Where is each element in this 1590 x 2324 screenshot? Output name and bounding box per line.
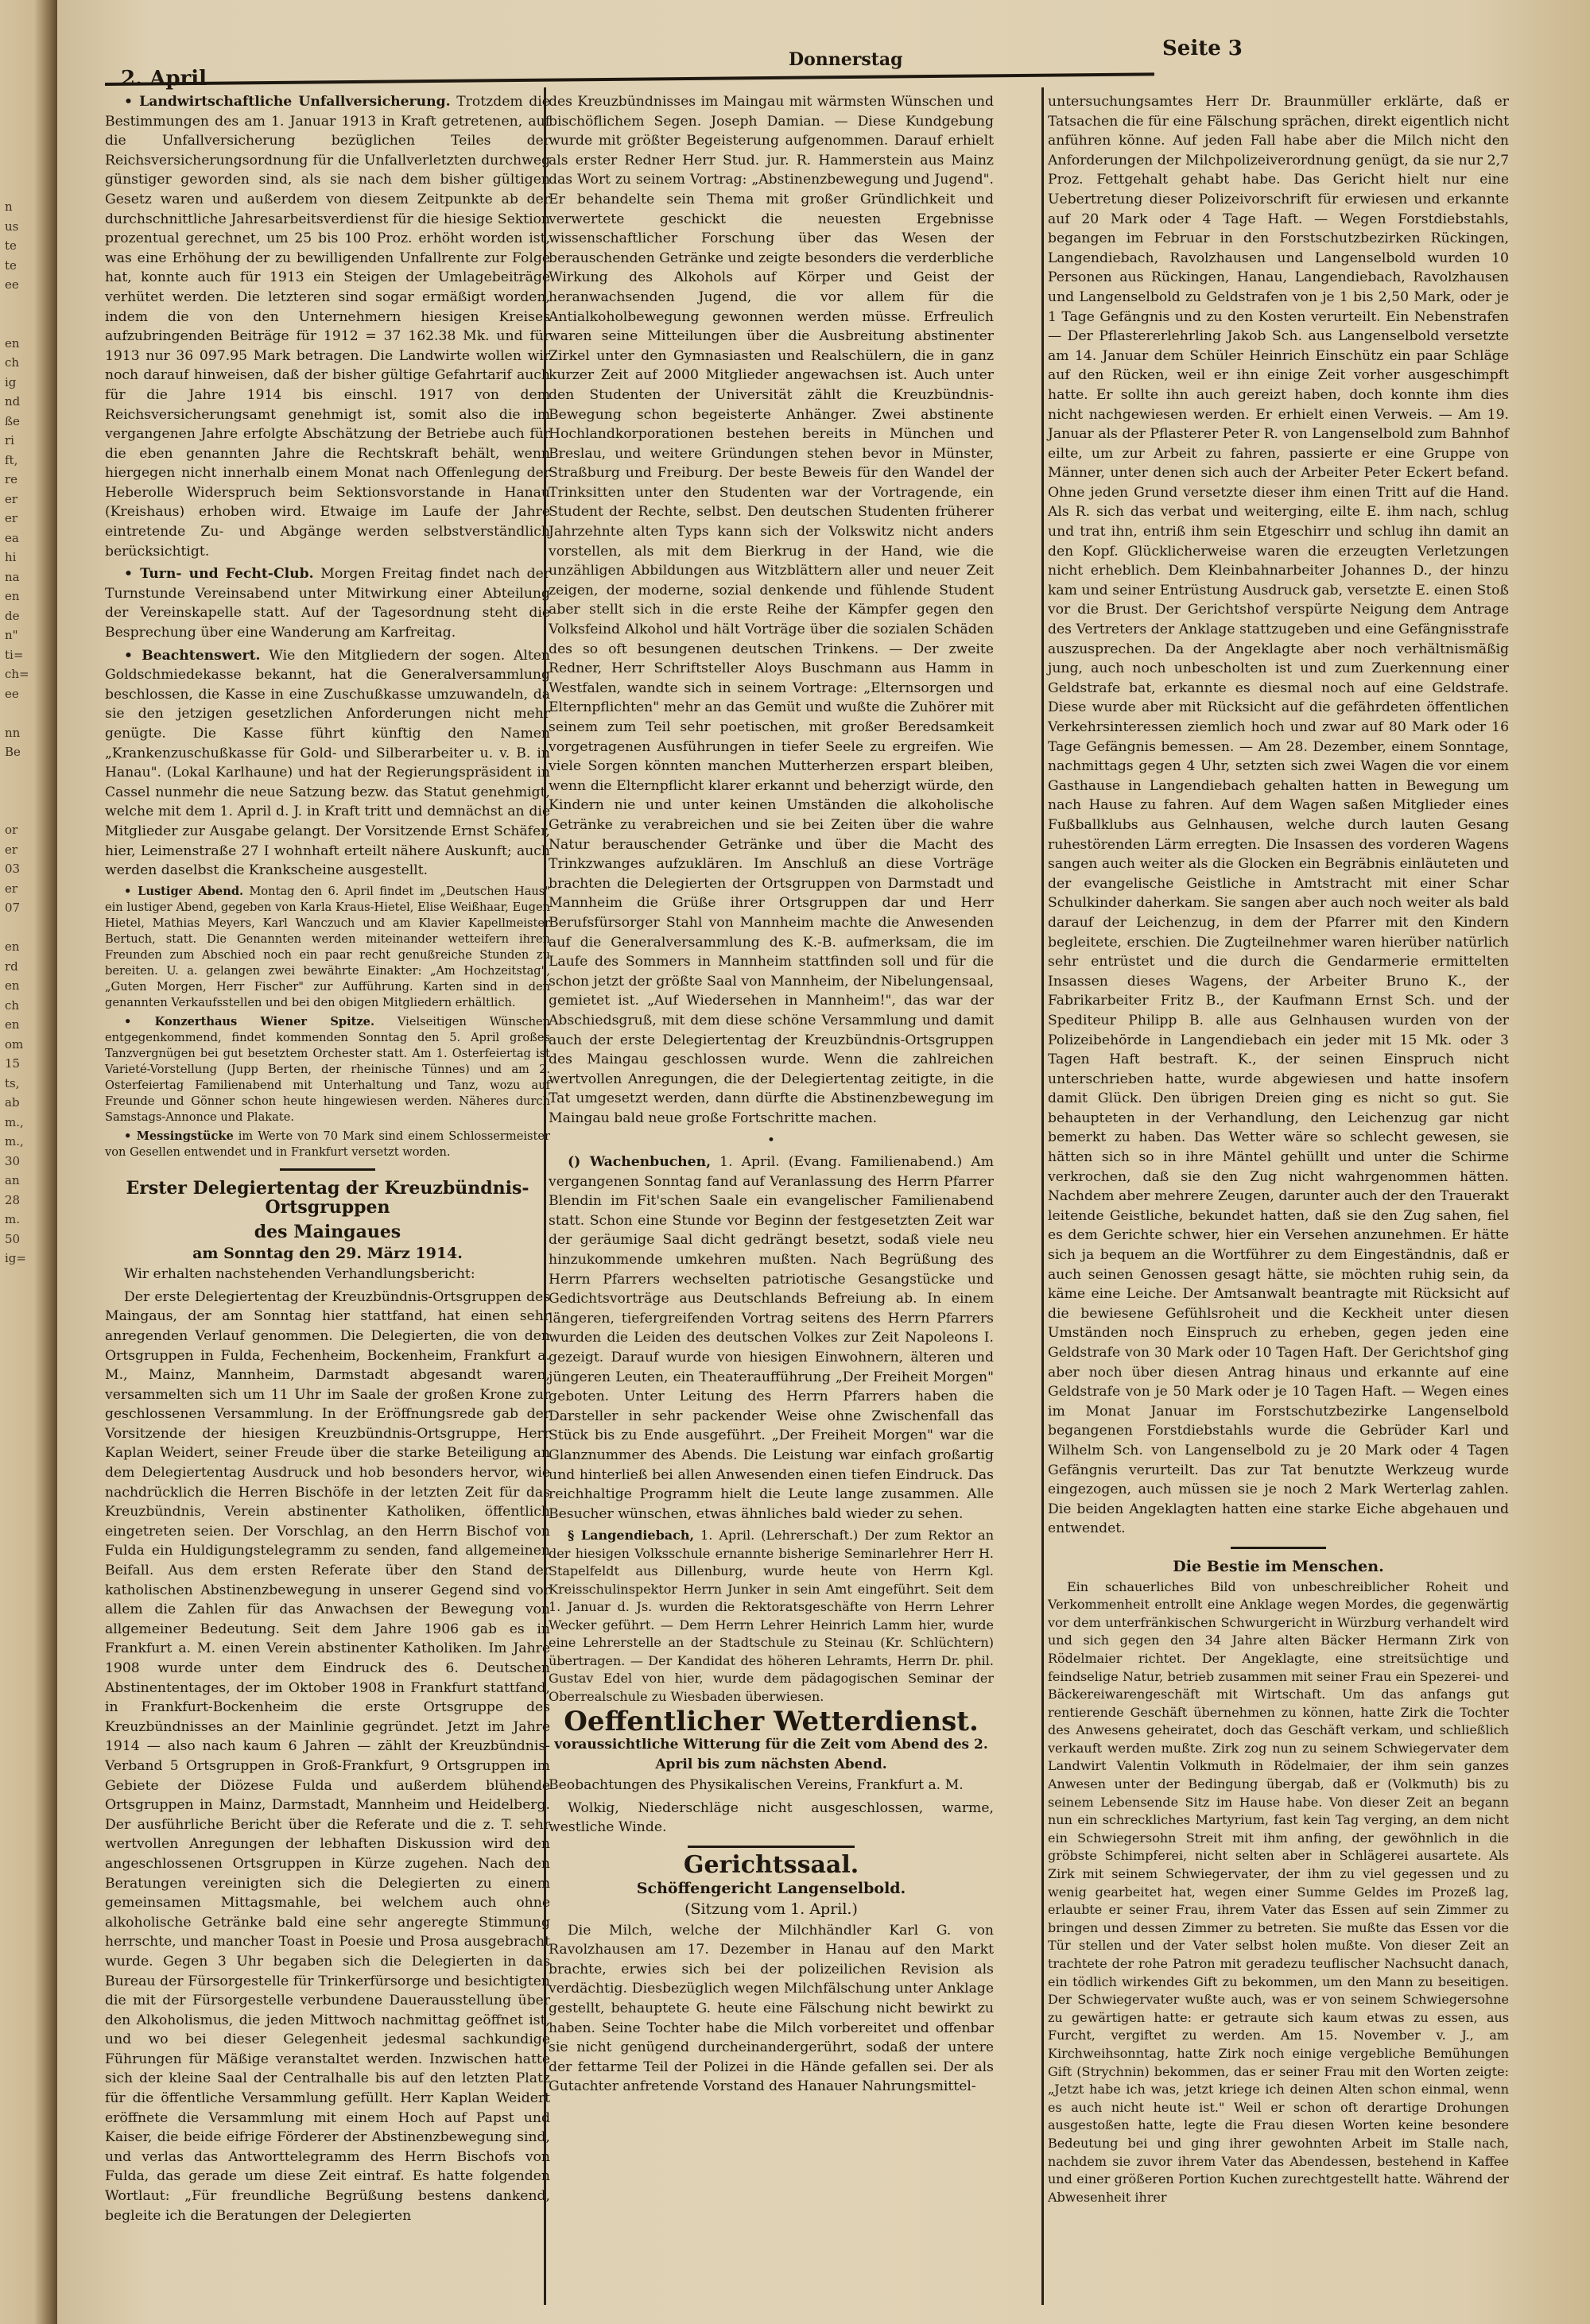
adjacent-page-fragment: en	[5, 978, 37, 994]
court-body: Die Milch, welche der Milchhändler Karl …	[549, 1921, 994, 2097]
column-divider	[1041, 87, 1044, 2305]
page-date: 2. April	[121, 67, 207, 91]
weather-source: Beobachtungen des Physikalischen Vereins…	[549, 1776, 994, 1795]
weather-title: Oeffentlicher Wetterdienst.	[549, 1712, 994, 1732]
adjacent-page-fragment: 03	[5, 861, 37, 877]
article-title: • Turn- und Fecht-Club.	[124, 566, 314, 582]
adjacent-page-fragment: ch=	[5, 666, 37, 682]
article: § Langendiebach, 1. April. (Lehrerschaft…	[549, 1527, 994, 1706]
adjacent-page-fragment: m.,	[5, 1133, 37, 1149]
article-body: Wie den Mitgliedern der sogen. Alten Gol…	[105, 648, 550, 879]
section-divider	[1231, 1547, 1326, 1549]
adjacent-page-fragment: ig	[5, 374, 37, 390]
adjacent-page-fragment: nn	[5, 725, 37, 741]
article: • Landwirtschaftliche Unfallversicherung…	[105, 92, 550, 561]
adjacent-page-fragment: re	[5, 471, 37, 487]
adjacent-page-fragment: n"	[5, 627, 37, 643]
adjacent-page-fragment: ee	[5, 686, 37, 702]
adjacent-page-fragment: an	[5, 1172, 37, 1188]
article-title: § Langendiebach,	[568, 1528, 694, 1543]
court-subtitle: Schöffengericht Langenselbold.	[549, 1879, 994, 1899]
adjacent-page-edge: nusteteeeenchigndßerift,reerereahinaende…	[0, 0, 57, 2324]
adjacent-page-fragment: te	[5, 258, 37, 273]
adjacent-page-fragment: en	[5, 939, 37, 955]
weather-forecast: Wolkig, Niederschläge nicht ausgeschloss…	[549, 1799, 994, 1838]
adjacent-page-fragment: er	[5, 491, 37, 507]
adjacent-page-fragment: n	[5, 199, 37, 215]
column-2: des Kreuzbündnisses im Maingau mit wärms…	[549, 92, 994, 2100]
article: () Wachenbuchen, 1. April. (Evang. Famil…	[549, 1152, 994, 1524]
adjacent-page-fragment: er	[5, 842, 37, 858]
article: • Messingstücke im Werte von 70 Mark sin…	[105, 1129, 550, 1160]
report-intro: Wir erhalten nachstehenden Verhandlungsb…	[105, 1265, 550, 1284]
article-body: 1. April. (Lehrerschaft.) Der zum Rektor…	[549, 1528, 994, 1704]
article-body: Vielseitigen Wünschen entgegenkommend, f…	[105, 1015, 550, 1124]
adjacent-page-fragment: en	[5, 588, 37, 604]
adjacent-page-fragment: de	[5, 608, 37, 624]
column-1: • Landwirtschaftliche Unfallversicherung…	[105, 92, 550, 2229]
adjacent-page-fragment: m.,	[5, 1114, 37, 1130]
beast-body: Ein schauerliches Bild von unbeschreibli…	[1048, 1578, 1509, 2207]
court-session: (Sitzung vom 1. April.)	[549, 1900, 994, 1919]
adjacent-page-fragment: rd	[5, 959, 37, 974]
article-body: 1. April. (Evang. Familienabend.) Am ver…	[549, 1154, 994, 1522]
adjacent-page-fragment: en	[5, 1017, 37, 1032]
adjacent-page-fragment: ti=	[5, 647, 37, 663]
article-title: • Lustiger Abend.	[124, 885, 243, 898]
article: • Lustiger Abend. Montag den 6. April fi…	[105, 884, 550, 1011]
court-continuation: untersuchungsamtes Herr Dr. Braunmüller …	[1048, 92, 1509, 1539]
article-title: • Beachtenswert.	[124, 648, 261, 664]
adjacent-page-fragment: ig=	[5, 1250, 37, 1266]
weather-subtitle: voraussichtliche Witterung für die Zeit …	[549, 1735, 994, 1774]
column-3: untersuchungsamtes Herr Dr. Braunmüller …	[1048, 92, 1509, 2210]
article: • Turn- und Fecht-Club. Morgen Freitag f…	[105, 564, 550, 642]
article-body: Trotzdem die Bestimmungen des am 1. Janu…	[105, 94, 550, 560]
adjacent-page-fragment: or	[5, 822, 37, 838]
adjacent-page-fragment: ri	[5, 432, 37, 448]
adjacent-page-fragment: us	[5, 219, 37, 234]
article-title: • Konzerthaus Wiener Spitze.	[124, 1015, 374, 1028]
adjacent-page-fragment: na	[5, 569, 37, 585]
adjacent-page-fragment: ch	[5, 354, 37, 370]
article-title: • Landwirtschaftliche Unfallversicherung…	[124, 94, 451, 110]
newspaper-page: 2. April Donnerstag Seite 3 • Landwirtsc…	[57, 0, 1590, 2324]
section-divider	[280, 1168, 375, 1171]
page-number: Seite 3	[1162, 37, 1243, 60]
adjacent-page-fragment: nd	[5, 393, 37, 409]
adjacent-page-fragment: 28	[5, 1192, 37, 1208]
adjacent-page-fragment: 30	[5, 1153, 37, 1169]
court-title: Gerichtssaal.	[549, 1856, 994, 1876]
adjacent-page-fragment: 07	[5, 900, 37, 916]
report-title: Erster Delegiertentag der Kreuzbündnis-O…	[105, 1179, 550, 1218]
adjacent-page-fragment: ft,	[5, 452, 37, 468]
adjacent-page-fragment: ts,	[5, 1075, 37, 1091]
report-body: Der erste Delegiertentag der Kreuzbündni…	[105, 1288, 550, 2226]
adjacent-page-fragment: ab	[5, 1094, 37, 1110]
article: • Konzerthaus Wiener Spitze. Vielseitige…	[105, 1014, 550, 1125]
header-rule	[105, 72, 1154, 86]
beast-title: Die Bestie im Menschen.	[1048, 1557, 1509, 1577]
adjacent-page-fragment: 50	[5, 1231, 37, 1247]
adjacent-page-fragment: hi	[5, 549, 37, 565]
adjacent-page-fragment: er	[5, 510, 37, 526]
article-title: • Messingstücke	[124, 1129, 234, 1143]
article-body: Montag den 6. April findet im „Deutschen…	[105, 885, 550, 1009]
adjacent-page-fragment: ße	[5, 413, 37, 429]
page-weekday: Donnerstag	[789, 49, 903, 70]
section-divider	[688, 1846, 855, 1848]
adjacent-page-fragment: ea	[5, 530, 37, 546]
report-title-line2: des Maingaues	[105, 1222, 550, 1242]
adjacent-page-fragment: ee	[5, 277, 37, 292]
article: • Beachtenswert. Wie den Mitgliedern der…	[105, 646, 550, 881]
adjacent-page-fragment: er	[5, 881, 37, 897]
report-subtitle: am Sonntag den 29. März 1914.	[105, 1244, 550, 1264]
adjacent-page-fragment: en	[5, 335, 37, 351]
article-title: () Wachenbuchen,	[568, 1154, 711, 1170]
adjacent-page-fragment: 15	[5, 1055, 37, 1071]
separator-dot: •	[549, 1131, 994, 1151]
adjacent-page-fragment: te	[5, 238, 37, 254]
adjacent-page-fragment: om	[5, 1036, 37, 1052]
adjacent-page-fragment: ch	[5, 997, 37, 1013]
adjacent-page-fragment: m.	[5, 1211, 37, 1227]
adjacent-page-fragment: Be	[5, 744, 37, 760]
report-continuation: des Kreuzbündnisses im Maingau mit wärms…	[549, 92, 994, 1128]
